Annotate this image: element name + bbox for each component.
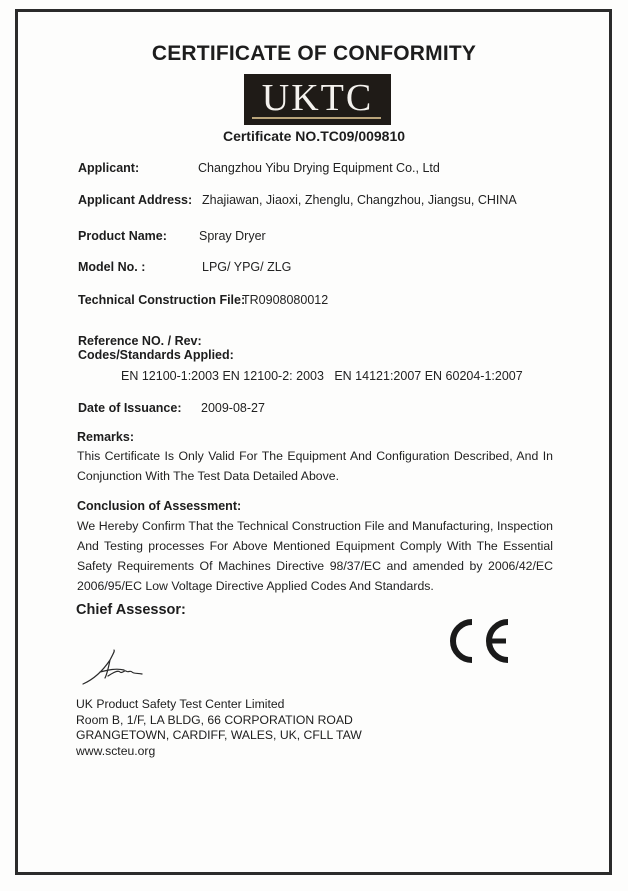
issuer-website: www.scteu.org [76,744,362,760]
applicant-value: Changzhou Yibu Drying Equipment Co., Ltd [198,161,440,175]
applicant-label: Applicant: [78,161,139,175]
issuer-name: UK Product Safety Test Center Limited [76,697,362,713]
conclusion-text: We Hereby Confirm That the Technical Con… [77,516,553,596]
product-name-label: Product Name: [78,229,167,243]
technical-file-value: TR0908080012 [242,293,328,307]
reference-no-label: Reference NO. / Rev: [78,334,202,348]
ce-mark-icon [440,616,514,666]
certificate-title: CERTIFICATE OF CONFORMITY [0,42,628,66]
conclusion-label: Conclusion of Assessment: [77,499,241,513]
codes-standards-value: EN 12100-1:2003 EN 12100-2: 2003 EN 1412… [121,369,523,383]
model-no-label: Model No. : [78,260,145,274]
remarks-text: This Certificate Is Only Valid For The E… [77,446,553,486]
issuer-address-line2: GRANGETOWN, CARDIFF, WALES, UK, CFLL TAW [76,728,362,744]
certificate-number: Certificate NO.TC09/009810 [0,128,628,144]
logo-underline [252,117,381,119]
chief-assessor-label: Chief Assessor: [76,602,186,618]
applicant-address-label: Applicant Address: [78,193,192,207]
product-name-value: Spray Dryer [199,229,266,243]
model-no-value: LPG/ YPG/ ZLG [202,260,291,274]
logo-text: UKTC [244,77,391,119]
date-of-issuance-value: 2009-08-27 [201,401,265,415]
issuer-address-line1: Room B, 1/F, LA BLDG, 66 CORPORATION ROA… [76,713,362,729]
applicant-address-value: Zhajiawan, Jiaoxi, Zhenglu, Changzhou, J… [202,193,517,207]
technical-file-label: Technical Construction File: [78,293,245,307]
remarks-label: Remarks: [77,430,134,444]
issuer-block: UK Product Safety Test Center Limited Ro… [76,697,362,759]
date-of-issuance-label: Date of Issuance: [78,401,182,415]
signature-icon [80,648,155,688]
uktc-logo: UKTC [244,74,391,125]
codes-standards-label: Codes/Standards Applied: [78,348,234,362]
